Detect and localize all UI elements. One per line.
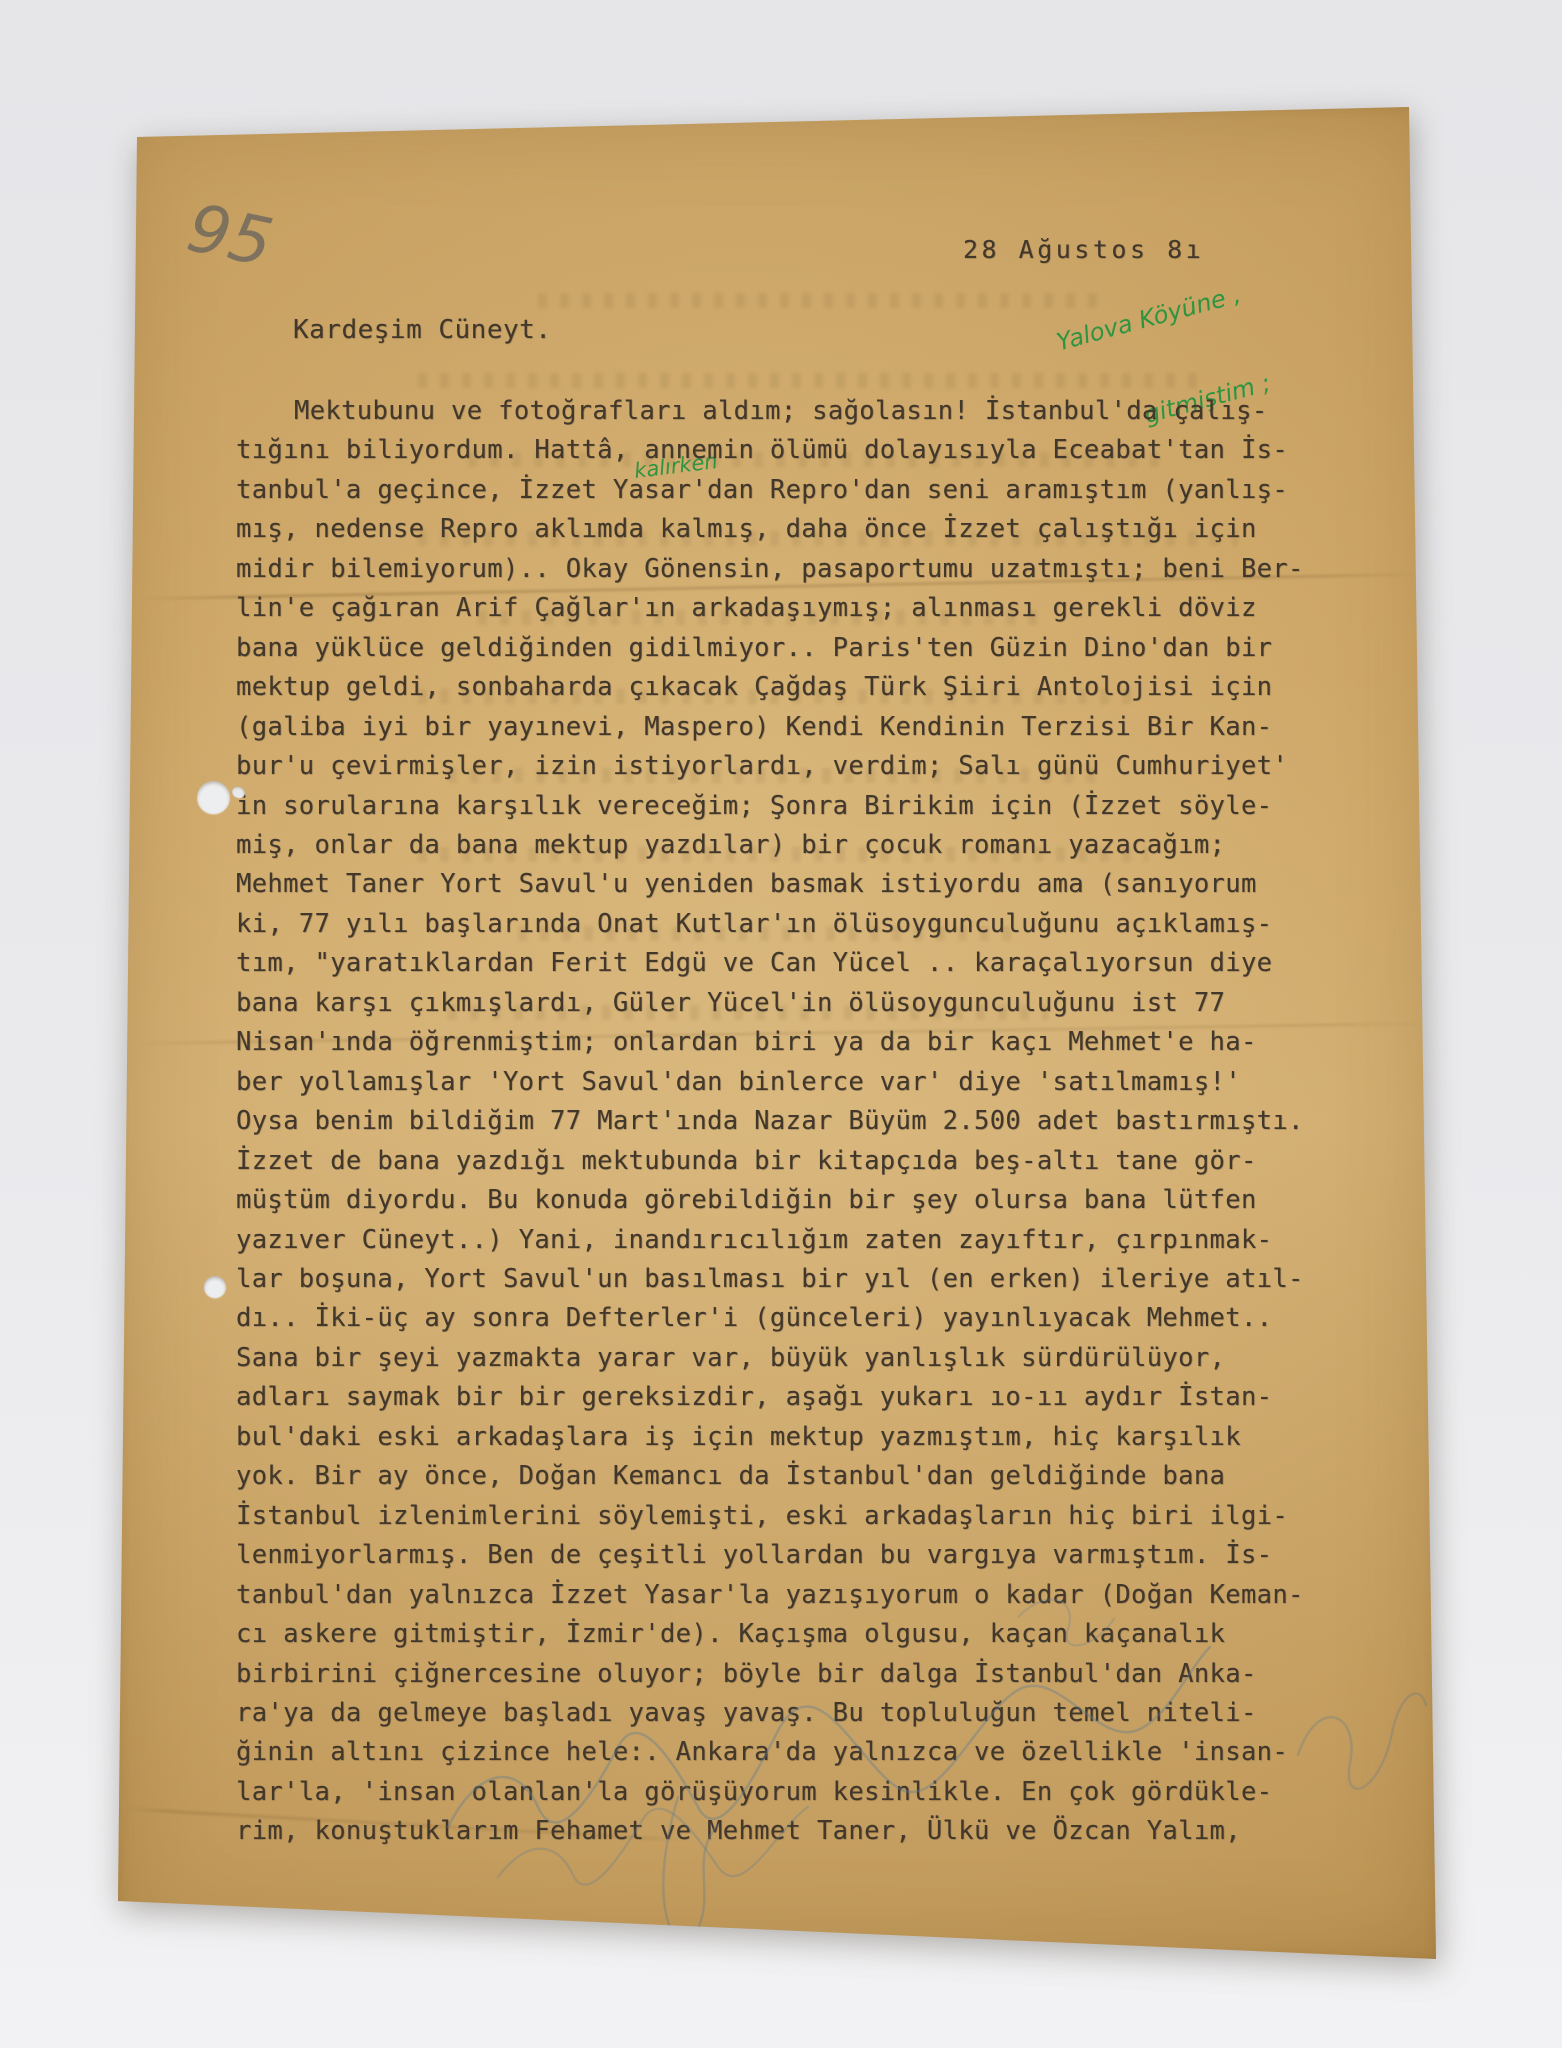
- letter-line: midir bilemiyorum).. Okay Gönensin, pasa…: [236, 550, 1376, 589]
- pencil-page-number: 95: [181, 189, 279, 282]
- letter-line: yazıver Cüneyt..) Yani, inandırıcılığım …: [236, 1221, 1376, 1260]
- letter-line: lar boşuna, Yort Savul'un basılması bir …: [236, 1260, 1376, 1299]
- letter-line: rim, konuştuklarım Fehamet ve Mehmet Tan…: [236, 1812, 1376, 1851]
- letter-line: Oysa benim bildiğim 77 Mart'ında Nazar B…: [236, 1102, 1376, 1141]
- punch-hole: [204, 1276, 226, 1298]
- scan-background: 95 28 Ağustos 8ı Yalova Köyüne , gitmişt…: [0, 0, 1562, 2048]
- paper-sheet: 95 28 Ağustos 8ı Yalova Köyüne , gitmişt…: [118, 107, 1436, 1959]
- letter-line: müştüm diyordu. Bu konuda görebildiğin b…: [236, 1181, 1376, 1220]
- letter-line: tanbul'a geçince, İzzet Yasar'dan Repro'…: [236, 471, 1376, 510]
- letter-line: bur'u çevirmişler, izin istiyorlardı, ve…: [236, 747, 1376, 786]
- letter-line: bana yüklüce geldiğinden gidilmiyor.. Pa…: [236, 629, 1376, 668]
- letter-line: tanbul'dan yalnızca İzzet Yasar'la yazış…: [236, 1576, 1376, 1615]
- letter-line: (galiba iyi bir yayınevi, Maspero) Kendi…: [236, 708, 1376, 747]
- letter-body: Mektubunu ve fotoğrafları aldım; sağolas…: [236, 392, 1376, 1852]
- bleedthrough-text-ghost: [538, 293, 1098, 308]
- letter-line: mış, nedense Repro aklımda kalmış, daha …: [236, 510, 1376, 549]
- letter-line: bana karşı çıkmışlardı, Güler Yücel'in ö…: [236, 984, 1376, 1023]
- letter-line: Nisan'ında öğrenmiştim; onlardan biri ya…: [236, 1023, 1376, 1062]
- letter-line: tım, "yaratıklardan Ferit Edgü ve Can Yü…: [236, 944, 1376, 983]
- letter-line: Mektubunu ve fotoğrafları aldım; sağolas…: [236, 392, 1376, 431]
- letter-line: lin'e çağıran Arif Çağlar'ın arkadaşıymı…: [236, 589, 1376, 628]
- letter-line: lenmiyorlarmış. Ben de çeşitli yollardan…: [236, 1536, 1376, 1575]
- letter-line: Mehmet Taner Yort Savul'u yeniden basmak…: [236, 865, 1376, 904]
- letter-line: ğinin altını çizince hele:. Ankara'da ya…: [236, 1733, 1376, 1772]
- letter-line: cı askere gitmiştir, İzmir'de). Kaçışma …: [236, 1615, 1376, 1654]
- letter-line: lar'la, 'insan olanlan'la görüşüyorum ke…: [236, 1773, 1376, 1812]
- letter-line: yok. Bir ay önce, Doğan Kemancı da İstan…: [236, 1457, 1376, 1496]
- letter-line: ki, 77 yılı başlarında Onat Kutlar'ın öl…: [236, 905, 1376, 944]
- letter-line: İstanbul izlenimlerini söylemişti, eski …: [236, 1497, 1376, 1536]
- punch-hole: [197, 781, 230, 814]
- letter-line: dı.. İki-üç ay sonra Defterler'i (güncel…: [236, 1299, 1376, 1338]
- letter-line: mektup geldi, sonbaharda çıkacak Çağdaş …: [236, 668, 1376, 707]
- letter-line: ra'ya da gelmeye başladı yavaş yavaş. Bu…: [236, 1694, 1376, 1733]
- letter-salutation: Kardeşim Cüneyt.: [293, 315, 551, 345]
- letter-line: ber yollamışlar 'Yort Savul'dan binlerce…: [236, 1063, 1376, 1102]
- letter-line: bul'daki eski arkadaşlara iş için mektup…: [236, 1418, 1376, 1457]
- letter-line: İzzet de bana yazdığı mektubunda bir kit…: [236, 1142, 1376, 1181]
- letter-line: adları saymak bir bir gereksizdir, aşağı…: [236, 1378, 1376, 1417]
- letter-line: birbirini çiğnercesine oluyor; böyle bir…: [236, 1655, 1376, 1694]
- letter-page: 95 28 Ağustos 8ı Yalova Köyüne , gitmişt…: [118, 107, 1436, 1959]
- letter-line: in sorularına karşılık vereceğim; Şonra …: [236, 787, 1376, 826]
- handwritten-note-line: Yalova Köyüne ,: [1053, 278, 1249, 358]
- letter-line: Sana bir şeyi yazmakta yarar var, büyük …: [236, 1339, 1376, 1378]
- letter-line: miş, onlar da bana mektup yazdılar) bir …: [236, 826, 1376, 865]
- letter-line: tığını biliyordum. Hattâ, annemin ölümü …: [236, 431, 1376, 470]
